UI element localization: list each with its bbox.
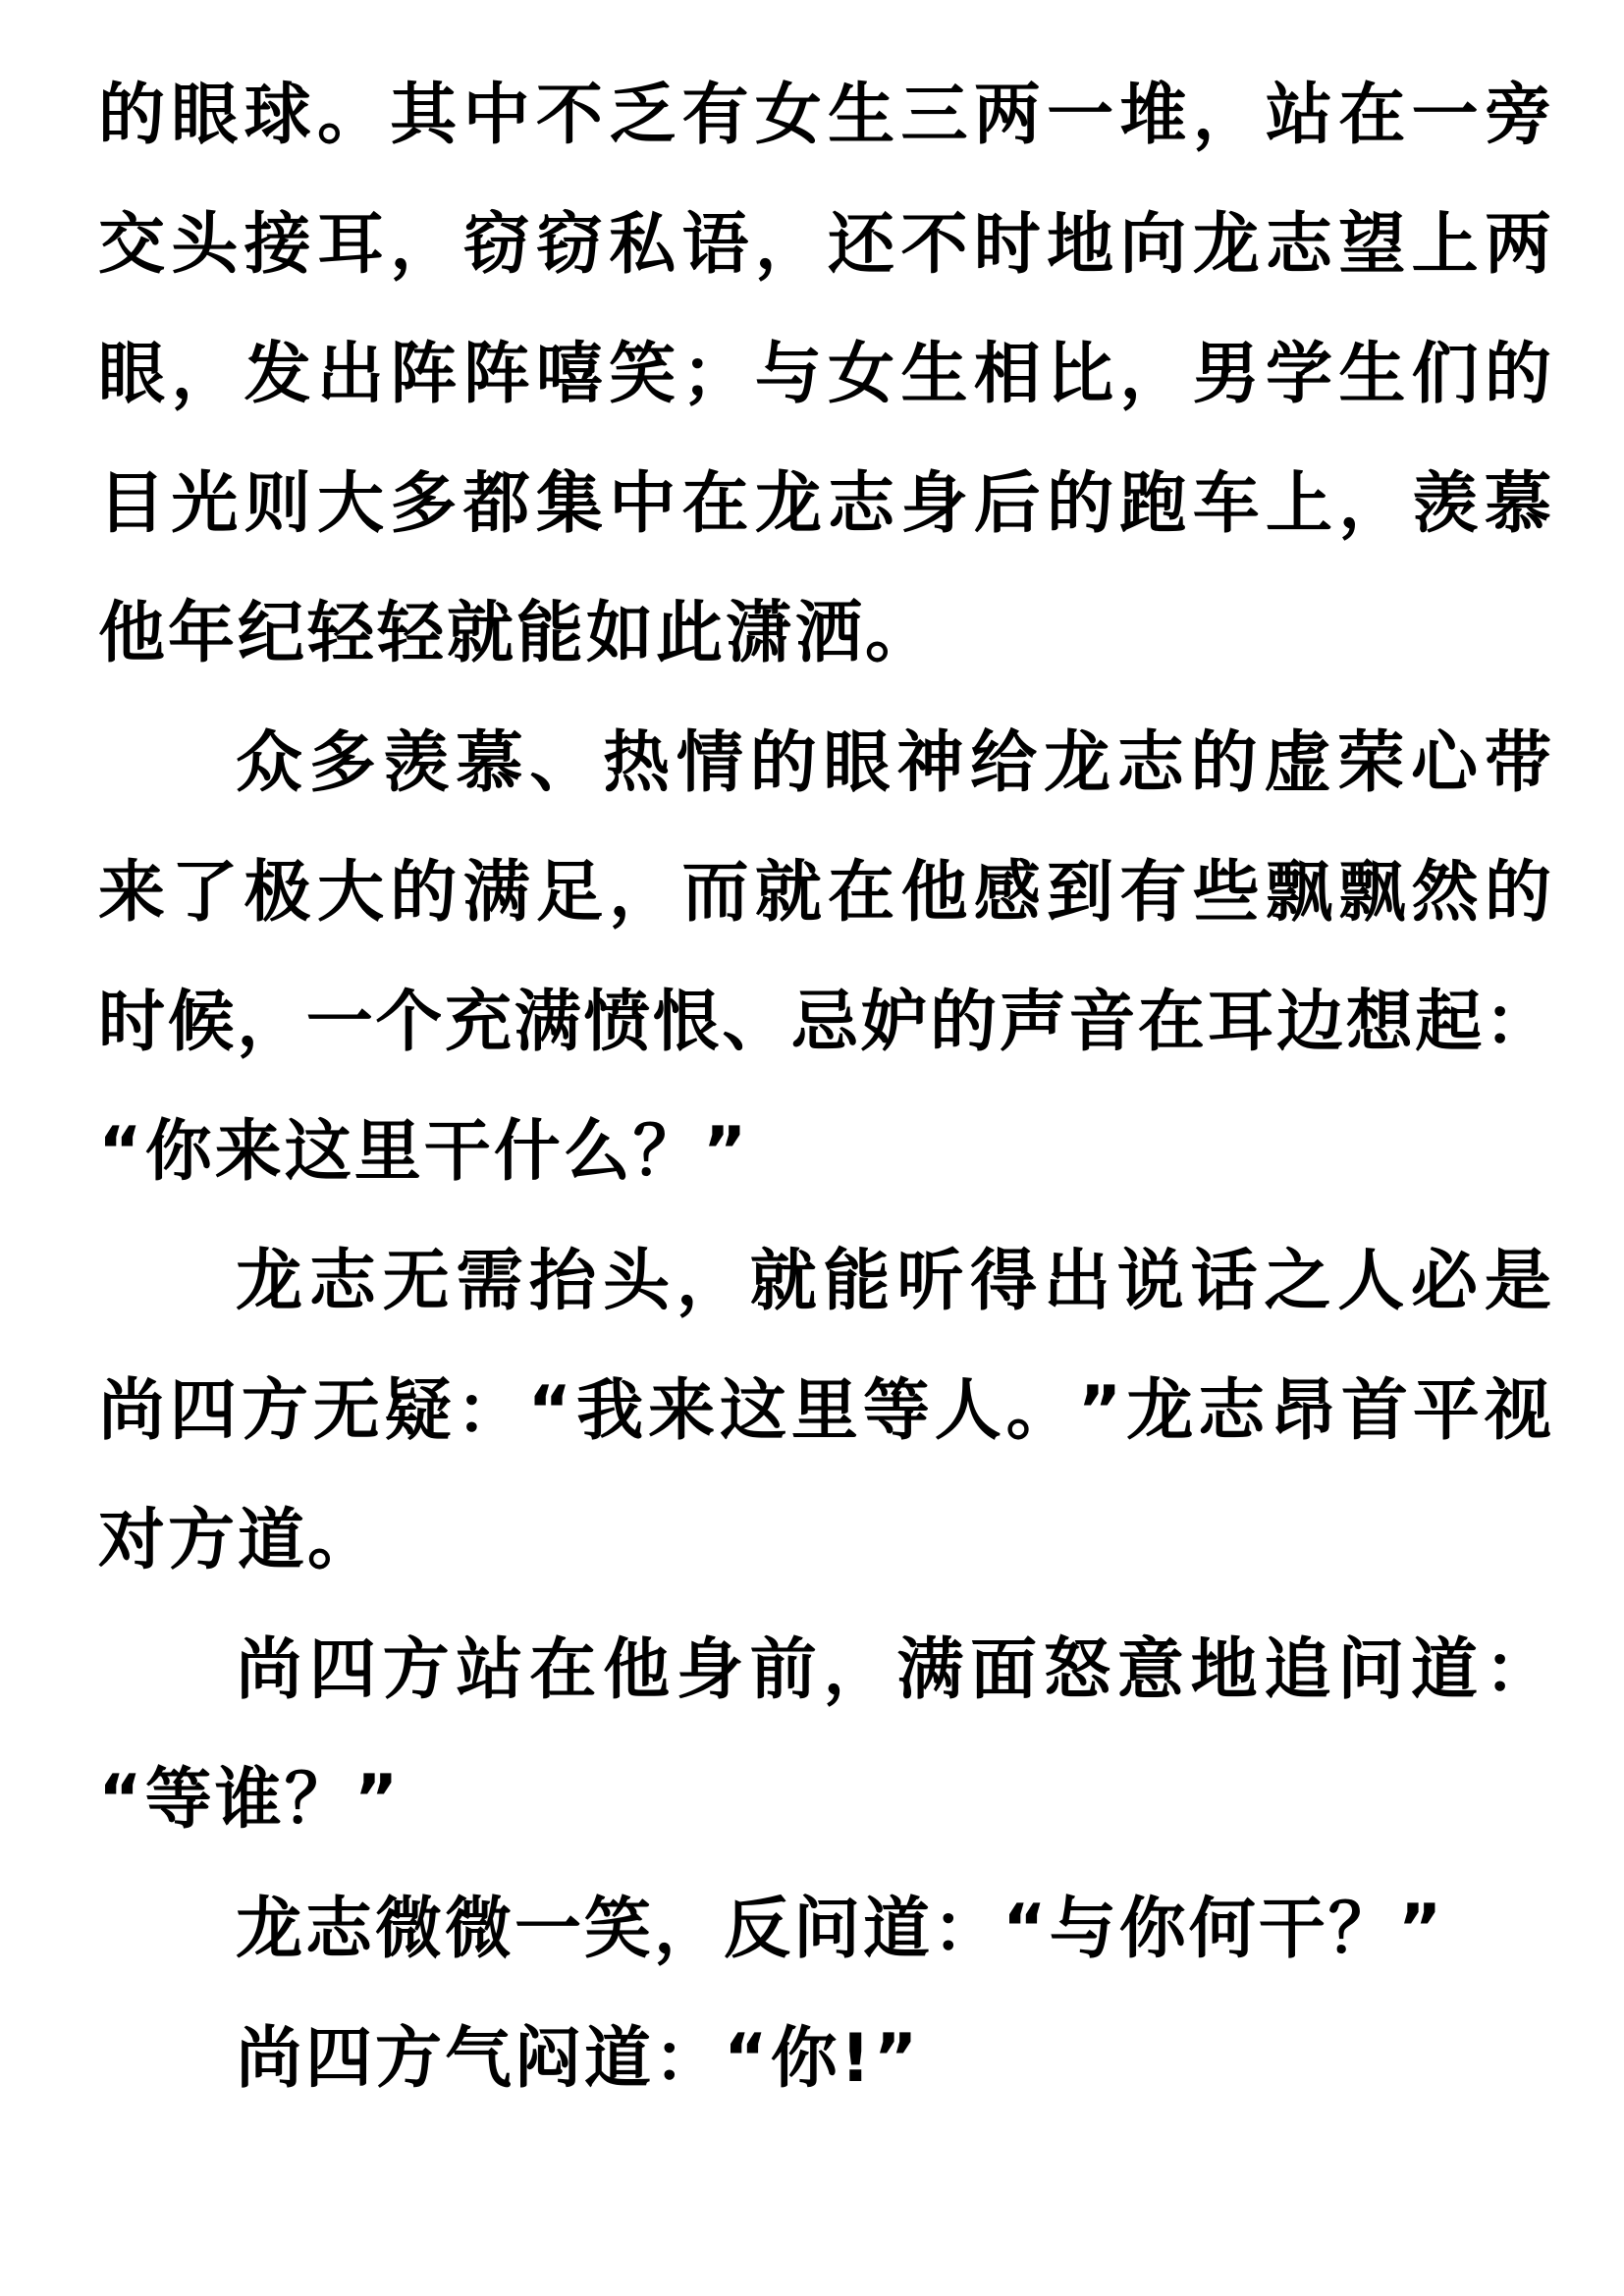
glyph: ；	[682, 310, 749, 440]
glyph: 笑	[609, 310, 676, 440]
glyph: 眼	[171, 51, 238, 181]
glyph: 地	[1047, 181, 1113, 310]
glyph: ：	[1485, 958, 1551, 1088]
text-line: 时候，一个充满愤恨、忌妒的声音在耳边想起：	[98, 958, 1551, 1088]
text-line: 目光则大多都集中在龙志身后的跑车上，羡慕	[98, 440, 1551, 569]
glyph: 跑	[1119, 440, 1186, 569]
glyph: 中	[609, 440, 676, 569]
glyph: 男	[1193, 310, 1260, 440]
text-line: 尚四方气闷道：“你!”	[98, 1995, 1551, 2124]
glyph: 头	[171, 181, 238, 310]
glyph: 嘻	[536, 310, 603, 440]
glyph: 车	[1193, 440, 1260, 569]
glyph: 满	[514, 958, 581, 1088]
glyph: 抬	[529, 1217, 596, 1347]
glyph: 都	[463, 440, 530, 569]
glyph: 相	[974, 310, 1041, 440]
glyph: ，	[1338, 440, 1405, 569]
glyph: 怒	[1044, 1606, 1110, 1735]
glyph: ，	[755, 181, 822, 310]
glyph: 之	[1264, 1217, 1330, 1347]
glyph: 个	[375, 958, 442, 1088]
glyph: 不	[536, 51, 603, 181]
glyph: 边	[1276, 958, 1343, 1088]
glyph: 眼	[824, 699, 891, 828]
glyph: 然	[1412, 828, 1479, 958]
glyph: 私	[609, 181, 676, 310]
glyph: 的	[750, 699, 817, 828]
glyph: 热	[603, 699, 670, 828]
glyph: 到	[1047, 828, 1113, 958]
glyph: 耳	[317, 181, 384, 310]
glyph: 足	[536, 828, 603, 958]
glyph: 有	[682, 51, 749, 181]
glyph: 话	[1191, 1217, 1258, 1347]
glyph: 候	[168, 958, 235, 1088]
glyph: 些	[1193, 828, 1260, 958]
glyph: 龙	[1126, 1347, 1193, 1476]
glyph: 音	[1068, 958, 1135, 1088]
glyph: 的	[930, 958, 997, 1088]
glyph: 给	[970, 699, 1037, 828]
glyph: 说	[1117, 1217, 1184, 1347]
glyph: 还	[828, 181, 894, 310]
glyph: 就	[755, 828, 822, 958]
glyph: 生	[1338, 310, 1405, 440]
glyph: 面	[970, 1606, 1037, 1735]
text-line: 交头接耳，窃窃私语，还不时地向龙志望上两	[98, 181, 1551, 310]
glyph: 他	[900, 828, 967, 958]
glyph: 感	[974, 828, 1041, 958]
glyph: 生	[828, 51, 894, 181]
glyph: 女	[755, 51, 822, 181]
glyph: 眼	[98, 310, 165, 440]
glyph: 两	[974, 51, 1041, 181]
glyph: 带	[1485, 699, 1551, 828]
glyph: ，	[824, 1606, 891, 1735]
glyph: 羡	[383, 699, 450, 828]
glyph: 想	[1346, 958, 1413, 1088]
glyph: 目	[98, 440, 165, 569]
glyph: 光	[171, 440, 238, 569]
glyph: ，	[609, 828, 676, 958]
glyph: 乏	[609, 51, 676, 181]
glyph: 羡	[1412, 440, 1479, 569]
glyph: 意	[1117, 1606, 1184, 1735]
glyph: 得	[970, 1217, 1037, 1347]
glyph: 多	[309, 699, 376, 828]
glyph: 忌	[791, 958, 858, 1088]
glyph: 声	[1000, 958, 1066, 1088]
glyph: 前	[750, 1606, 817, 1735]
glyph: 是	[1485, 1217, 1551, 1347]
glyph: 耳	[1208, 958, 1274, 1088]
glyph: ：	[1485, 1606, 1551, 1735]
glyph: 来	[648, 1347, 715, 1476]
glyph: “	[528, 1347, 572, 1476]
glyph: 极	[244, 828, 311, 958]
glyph: 、	[529, 699, 596, 828]
glyph: 方	[383, 1606, 450, 1735]
glyph: 站	[456, 1606, 522, 1735]
glyph: 志	[1266, 181, 1332, 310]
glyph: 道	[1411, 1606, 1478, 1735]
glyph: 球	[244, 51, 311, 181]
glyph: 充	[445, 958, 512, 1088]
glyph: 、	[722, 958, 788, 1088]
glyph: 必	[1411, 1217, 1478, 1347]
glyph: 旁	[1485, 51, 1551, 181]
glyph: ，	[171, 310, 238, 440]
glyph: 四	[309, 1606, 376, 1735]
glyph: ：	[457, 1347, 523, 1476]
glyph: 不	[900, 181, 967, 310]
glyph: 我	[576, 1347, 643, 1476]
text-line: 龙志微微一笑，反问道：“与你何干？”	[98, 1865, 1551, 1995]
glyph: 妒	[861, 958, 928, 1088]
glyph: 人	[1337, 1217, 1404, 1347]
glyph: 的	[1191, 699, 1258, 828]
glyph: 疑	[385, 1347, 452, 1476]
glyph: 龙	[755, 440, 822, 569]
glyph: 众	[236, 699, 302, 828]
glyph: 人	[935, 1347, 1001, 1476]
glyph: 心	[1411, 699, 1478, 828]
glyph: 交	[98, 181, 165, 310]
glyph: 无	[313, 1347, 380, 1476]
ebook-page: 的眼球。其中不乏有女生三两一堆，站在一旁交头接耳，窃窃私语，还不时地向龙志望上两…	[0, 0, 1624, 2296]
glyph: 在	[1138, 958, 1205, 1088]
glyph: 需	[456, 1217, 522, 1347]
glyph: 中	[463, 51, 530, 181]
glyph: 来	[98, 828, 165, 958]
glyph: 首	[1341, 1347, 1408, 1476]
glyph: ，	[1119, 310, 1186, 440]
glyph: 与	[755, 310, 822, 440]
glyph: 出	[1044, 1217, 1110, 1347]
glyph: 望	[1338, 181, 1405, 310]
glyph: 身	[677, 1606, 743, 1735]
glyph: 多	[390, 440, 457, 569]
glyph: 愤	[583, 958, 650, 1088]
glyph: 恨	[653, 958, 720, 1088]
glyph: 的	[1485, 828, 1551, 958]
glyph: 尚	[236, 1606, 302, 1735]
glyph: 了	[171, 828, 238, 958]
glyph: 窃	[463, 181, 530, 310]
glyph: 听	[896, 1217, 963, 1347]
text-line: 眼，发出阵阵嘻笑；与女生相比，男学生们的	[98, 310, 1551, 440]
glyph: 龙	[236, 1217, 302, 1347]
glyph: 尚	[98, 1347, 165, 1476]
glyph: 时	[974, 181, 1041, 310]
glyph: 站	[1266, 51, 1332, 181]
text-line: 尚四方无疑：“我来这里等人。”龙志昂首平视	[98, 1347, 1551, 1476]
text-line: “你来这里干什么？”	[98, 1088, 1551, 1217]
glyph: 昂	[1270, 1347, 1336, 1476]
glyph: 一	[1412, 51, 1479, 181]
glyph: 志	[1117, 699, 1184, 828]
glyph: 一	[1047, 51, 1113, 181]
glyph: 生	[900, 310, 967, 440]
glyph: 龙	[1044, 699, 1110, 828]
glyph: 志	[309, 1217, 376, 1347]
glyph: 满	[463, 828, 530, 958]
glyph: 虚	[1264, 699, 1330, 828]
glyph: 阵	[390, 310, 457, 440]
glyph: 大	[317, 440, 384, 569]
glyph: 无	[383, 1217, 450, 1347]
text-line: “等谁？”	[98, 1735, 1551, 1865]
glyph: 志	[828, 440, 894, 569]
text-line: 的眼球。其中不乏有女生三两一堆，站在一旁	[98, 51, 1551, 181]
glyph: 视	[1485, 1347, 1551, 1476]
glyph: 学	[1266, 310, 1332, 440]
text-line: 对方道。	[98, 1476, 1551, 1606]
glyph: 起	[1415, 958, 1482, 1088]
glyph: 女	[828, 310, 894, 440]
glyph: 的	[1485, 310, 1551, 440]
glyph: 这	[720, 1347, 786, 1476]
glyph: 。	[317, 51, 384, 181]
glyph: 头	[603, 1217, 670, 1347]
glyph: 的	[1047, 440, 1113, 569]
glyph: 在	[682, 440, 749, 569]
glyph: 两	[1485, 181, 1551, 310]
glyph: 则	[244, 440, 311, 569]
glyph: 堆	[1119, 51, 1186, 181]
glyph: 志	[1198, 1347, 1265, 1476]
glyph: 比	[1047, 310, 1113, 440]
glyph: 慕	[456, 699, 522, 828]
text-line: 众多羡慕、热情的眼神给龙志的虚荣心带	[98, 699, 1551, 828]
glyph: 四	[170, 1347, 237, 1476]
glyph: 就	[750, 1217, 817, 1347]
glyph: 龙	[1193, 181, 1260, 310]
glyph: 里	[791, 1347, 858, 1476]
glyph: 窃	[536, 181, 603, 310]
glyph: 追	[1264, 1606, 1330, 1735]
glyph: 集	[536, 440, 603, 569]
glyph: 方	[242, 1347, 308, 1476]
glyph: 。	[1006, 1347, 1073, 1476]
glyph: 接	[244, 181, 311, 310]
glyph: 身	[900, 440, 967, 569]
glyph: 出	[317, 310, 384, 440]
glyph: 飘	[1266, 828, 1332, 958]
glyph: 荣	[1337, 699, 1404, 828]
glyph: ”	[1078, 1347, 1122, 1476]
text-line: 尚四方站在他身前，满面怒意地追问道：	[98, 1606, 1551, 1735]
glyph: 其	[390, 51, 457, 181]
glyph: ，	[677, 1217, 743, 1347]
glyph: 向	[1119, 181, 1186, 310]
glyph: 等	[863, 1347, 930, 1476]
glyph: 的	[98, 51, 165, 181]
glyph: 一	[306, 958, 373, 1088]
glyph: 慕	[1485, 440, 1551, 569]
glyph: 的	[390, 828, 457, 958]
glyph: 情	[677, 699, 743, 828]
glyph: 问	[1337, 1606, 1404, 1735]
glyph: 们	[1412, 310, 1479, 440]
glyph: 神	[896, 699, 963, 828]
glyph: 大	[317, 828, 384, 958]
glyph: 后	[974, 440, 1041, 569]
glyph: 有	[1119, 828, 1186, 958]
text-line: 他年纪轻轻就能如此潇洒。	[98, 569, 1551, 699]
glyph: 满	[896, 1606, 963, 1735]
glyph: 时	[98, 958, 165, 1088]
glyph: ，	[390, 181, 457, 310]
glyph: 发	[244, 310, 311, 440]
glyph: 地	[1191, 1606, 1258, 1735]
glyph: 三	[900, 51, 967, 181]
glyph: 他	[603, 1606, 670, 1735]
glyph: 能	[824, 1217, 891, 1347]
glyph: 在	[828, 828, 894, 958]
glyph: 上	[1266, 440, 1332, 569]
text-block: 的眼球。其中不乏有女生三两一堆，站在一旁交头接耳，窃窃私语，还不时地向龙志望上两…	[98, 51, 1551, 2124]
glyph: ，	[1193, 51, 1260, 181]
text-line: 龙志无需抬头，就能听得出说话之人必是	[98, 1217, 1551, 1347]
glyph: 而	[682, 828, 749, 958]
glyph: 在	[1338, 51, 1405, 181]
glyph: 阵	[463, 310, 530, 440]
glyph: 语	[682, 181, 749, 310]
glyph: 平	[1413, 1347, 1480, 1476]
glyph: 上	[1412, 181, 1479, 310]
glyph: ，	[237, 958, 303, 1088]
glyph: 在	[529, 1606, 596, 1735]
glyph: 飘	[1338, 828, 1405, 958]
text-line: 来了极大的满足，而就在他感到有些飘飘然的	[98, 828, 1551, 958]
